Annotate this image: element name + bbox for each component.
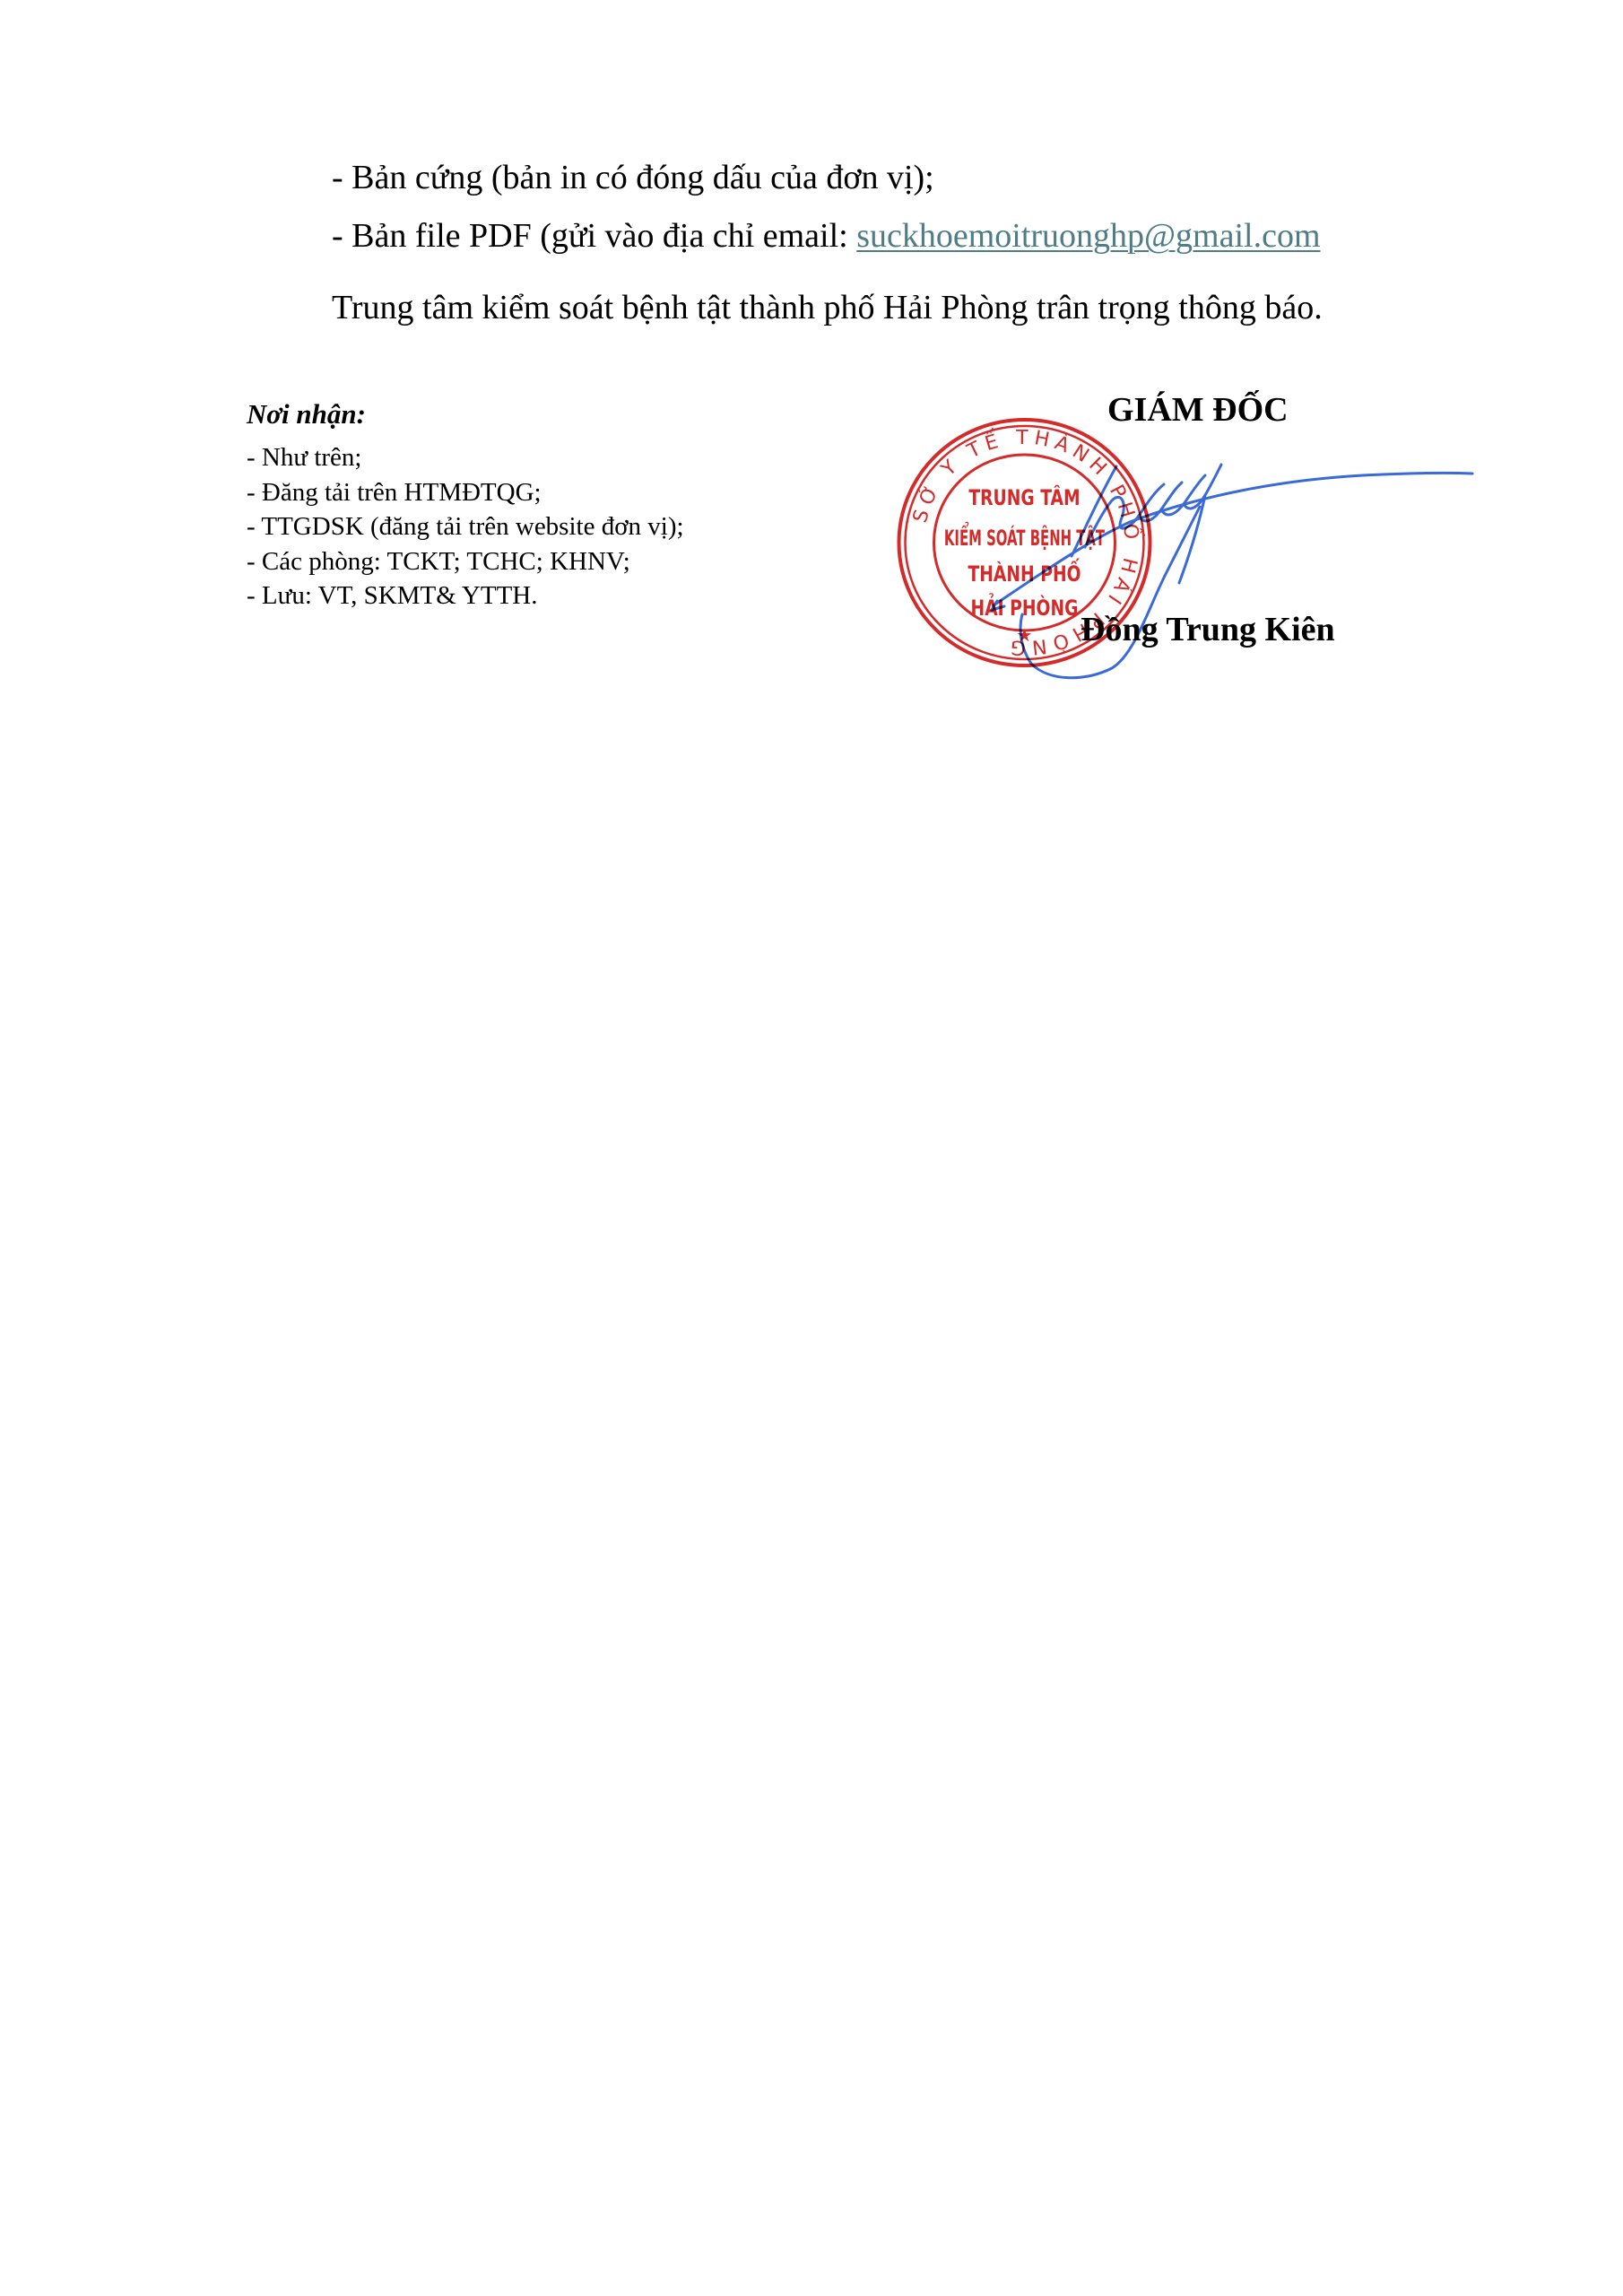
recipient-item: - TTGDSK (đăng tải trên website đơn vị); [247, 509, 684, 544]
signature-icon [986, 439, 1488, 691]
recipients-title: Nơi nhận: [247, 400, 684, 428]
body-line-hard-copy: - Bản cứng (bản in có đóng dấu của đơn v… [332, 161, 934, 195]
recipients-list: - Như trên; - Đăng tải trên HTMĐTQG; - T… [247, 440, 684, 613]
recipient-item: - Lưu: VT, SKMT& YTTH. [247, 578, 684, 613]
body-line-closing: Trung tâm kiểm soát bệnh tật thành phố H… [332, 291, 1323, 325]
body-line-pdf-copy: - Bản file PDF (gửi vào địa chỉ email: s… [332, 219, 1321, 253]
email-link[interactable]: suckhoemoitruonghp@gmail.com [856, 217, 1320, 255]
recipient-item: - Các phòng: TCKT; TCHC; KHNV; [247, 544, 684, 579]
recipient-item: - Đăng tải trên HTMĐTQG; [247, 475, 684, 510]
recipient-item: - Như trên; [247, 440, 684, 475]
recipients-block: Nơi nhận: - Như trên; - Đăng tải trên HT… [247, 400, 684, 613]
body-line-pdf-prefix: - Bản file PDF (gửi vào địa chỉ email: [332, 217, 856, 255]
